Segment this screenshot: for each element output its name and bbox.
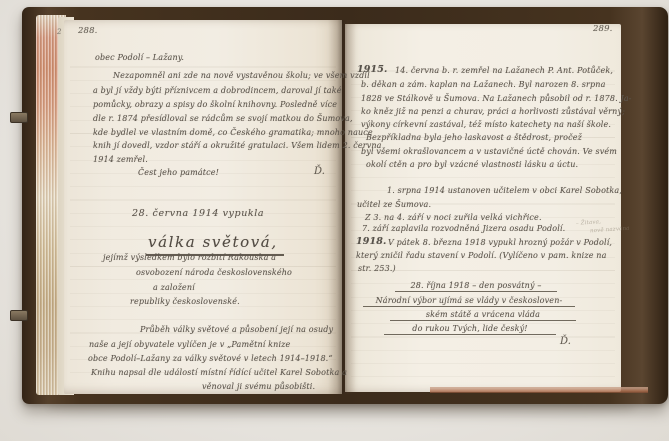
freedom-line: Národní výbor ujímá se vlády v českoslov… xyxy=(363,296,575,307)
left-page-number: 288. xyxy=(78,26,98,36)
margin-year-1915: 1915. xyxy=(357,64,388,75)
freedom-line: do rukou Tvých, lide český! xyxy=(384,324,556,335)
manuscript-line: Průběh války světové a působení její na … xyxy=(140,325,333,334)
manuscript-line: kde bydlel ve vlastním domě, co Českého … xyxy=(93,128,373,137)
manuscript-line: okolí ctěn a pro byl vzácné vlastnosti l… xyxy=(366,160,578,169)
manuscript-line: jejímž výsledkem bylo rozbití Rakouska a xyxy=(103,253,276,262)
manuscript-line: 14. června b. r. zemřel na Lažanech P. A… xyxy=(395,66,613,75)
manuscript-line: str. 253.) xyxy=(358,264,396,273)
manuscript-line: 1914 zemřel. xyxy=(93,155,148,164)
manuscript-line: Nezapomněl ani zde na nově vystavěnou šk… xyxy=(113,71,370,80)
left-heading: obec Podolí – Lažany. xyxy=(95,53,184,62)
memorial-line: Čest jeho památce! xyxy=(138,168,219,177)
manuscript-line: Knihu napsal dle událostí místní řídící … xyxy=(91,368,347,377)
clasp-top xyxy=(10,112,28,123)
bottom-page-edge xyxy=(430,387,648,393)
manuscript-line: osvobození národa československého xyxy=(136,268,292,277)
manuscript-line: Z 3. na 4. září v noci zuřila velká vich… xyxy=(365,213,542,222)
manuscript-line: republiky československé. xyxy=(130,297,240,306)
manuscript-line: V pátek 8. března 1918 vypukl hrozný pož… xyxy=(388,238,612,247)
manuscript-line: byl všemi okrašlovancem a v ustavičné úc… xyxy=(361,147,617,156)
manuscript-line: knih jí dovedl, vzdor stáří a okružité g… xyxy=(93,141,382,150)
manuscript-line: a byl jí vždy býti příznivcem a dobrodin… xyxy=(93,86,342,95)
manuscript-line: obce Podolí–Lažany za války světové v le… xyxy=(88,354,333,363)
manuscript-line: učitel ze Šumova. xyxy=(357,200,431,209)
clasp-bottom xyxy=(10,310,28,321)
manuscript-line: 1828 ve Stálkově u Šumova. Na Lažanech p… xyxy=(361,94,632,103)
manuscript-line: dle r. 1874 přesídloval se rádcům se svo… xyxy=(93,114,353,123)
manuscript-line: 7. září zaplavila rozvodněná Jizera osad… xyxy=(362,224,565,233)
manuscript-line: a založení xyxy=(153,283,195,292)
flourish-mark: Ď. xyxy=(560,336,571,347)
freedom-heading: 28. října 1918 – den posvátný – xyxy=(395,281,557,292)
manuscript-line: 1. srpna 1914 ustanoven učitelem v obci … xyxy=(387,186,622,195)
manuscript-line: Bezpříkladna byla jeho laskavost a štědr… xyxy=(366,133,582,142)
manuscript-line: b. děkan a zám. kaplan na Lažanech. Byl … xyxy=(361,80,606,89)
previous-page-number: 2 xyxy=(57,28,62,36)
right-page-number: 289. xyxy=(593,24,613,34)
freedom-line: ském státě a vrácena vláda xyxy=(390,310,576,321)
manuscript-line: pomůcky, obrazy a spisy do školní knihov… xyxy=(93,100,337,109)
manuscript-line: naše a její obyvatele vylíčen je v „Pamě… xyxy=(89,340,290,349)
photo-of-open-chronicle: 2 288. obec Podolí – Lažany. Nezapomněl … xyxy=(0,0,669,441)
margin-year-1918: 1918. xyxy=(356,236,387,247)
war-date-line: 28. června 1914 vypukla xyxy=(132,208,264,219)
manuscript-line: výkony církevní zastával, též místo kate… xyxy=(361,120,611,129)
manuscript-line: který zničil řadu stavení v Podolí. (Vyl… xyxy=(356,251,607,260)
flourish-mark: Ď. xyxy=(314,166,325,177)
manuscript-line: věnoval ji svému působišti. xyxy=(202,382,315,391)
manuscript-line: ko kněz již na penzi a churav, práci a h… xyxy=(361,107,625,116)
